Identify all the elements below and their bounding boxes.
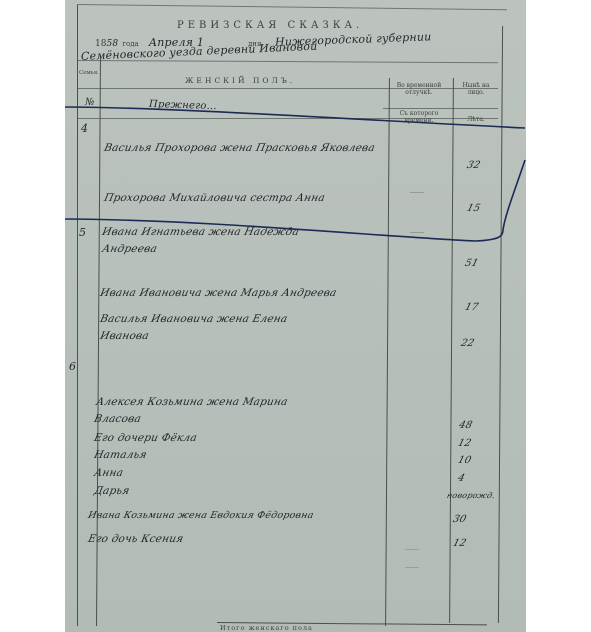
census-document-page: РЕВИЗСКАЯ СКАЗКА. 1858 года Апреля 1 дня…	[65, 0, 526, 632]
pen-annotation-lines	[65, 0, 526, 632]
